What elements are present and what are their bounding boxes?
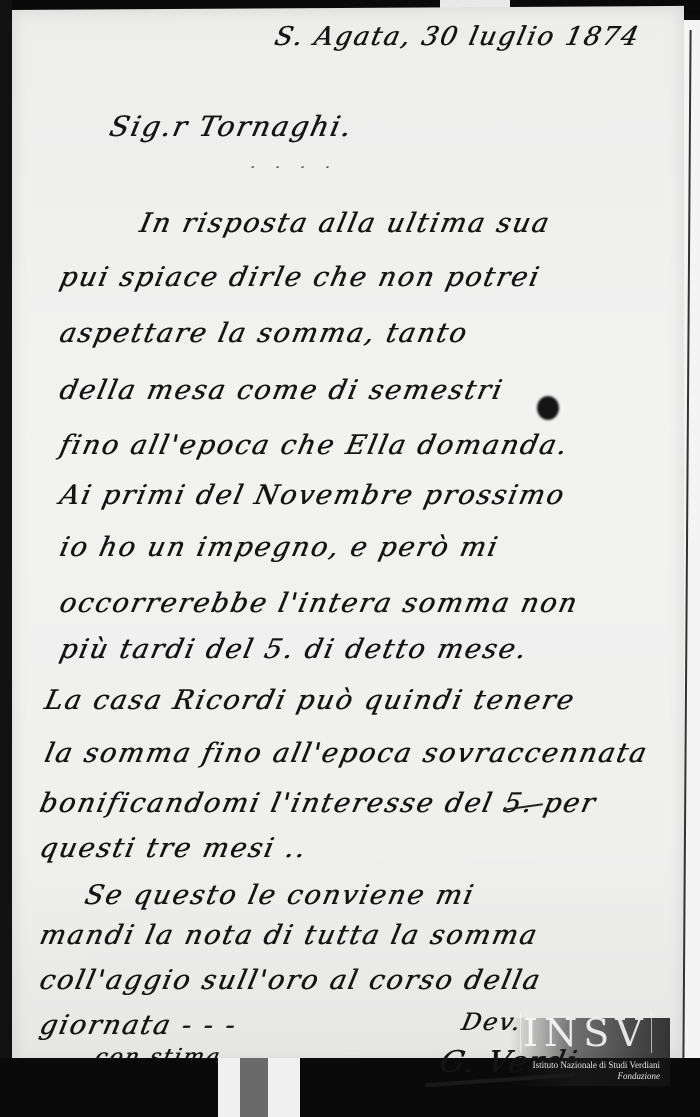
letter-line: coll'aggio sull'oro al corso della (37, 965, 545, 996)
letter-line: occorrerebbe l'intera somma non (57, 588, 582, 619)
letter-line: In risposta alla ultima sua (137, 208, 554, 239)
letter-line: pui spiace dirle che non potrei (57, 262, 544, 293)
letter-line: la somma fino all'epoca sovraccennata (42, 738, 651, 769)
letter-line: Ai primi del Novembre prossimo (57, 480, 569, 511)
letter-line: Se questo le conviene mi (82, 880, 478, 911)
watermark-subtitle: Fondazione (515, 1071, 660, 1081)
watermark-institute-name: Istituto Nazionale di Studi Verdiani (515, 1060, 660, 1070)
signature-dev: Dev. (459, 1008, 525, 1036)
letter-dateline: S. Agata, 30 luglio 1874 (272, 22, 643, 52)
letter-line: bonificandomi l'interesse del 5. per (37, 788, 600, 819)
scan-bottom-notch (218, 1058, 240, 1117)
letter-line: io ho un impegno, e però mi (57, 532, 502, 563)
letter-line: giornata - - - (37, 1010, 240, 1041)
scan-left-border (0, 0, 12, 1117)
scan-bottom-notch (268, 1058, 300, 1117)
letter-line: questi tre mesi .. (37, 833, 310, 864)
stray-ink-dots: · · · · (248, 160, 339, 176)
ink-blot (537, 396, 559, 420)
letter-salutation: Sig.r Tornaghi. (106, 110, 356, 143)
letter-line: La casa Ricordi può quindi tenere (42, 685, 578, 716)
letter-line: più tardi del 5. di detto mese. (57, 634, 531, 665)
letter-line: aspettare la somma, tanto (57, 318, 471, 349)
letter-line: mandi la nota di tutta la somma (37, 920, 542, 951)
watermark-logo: INSV (520, 1013, 652, 1053)
letter-line: della mesa come di semestri (57, 375, 507, 406)
letter-line: fino all'epoca che Ella domanda. (57, 430, 572, 461)
scan-bottom-notch (240, 1058, 268, 1117)
